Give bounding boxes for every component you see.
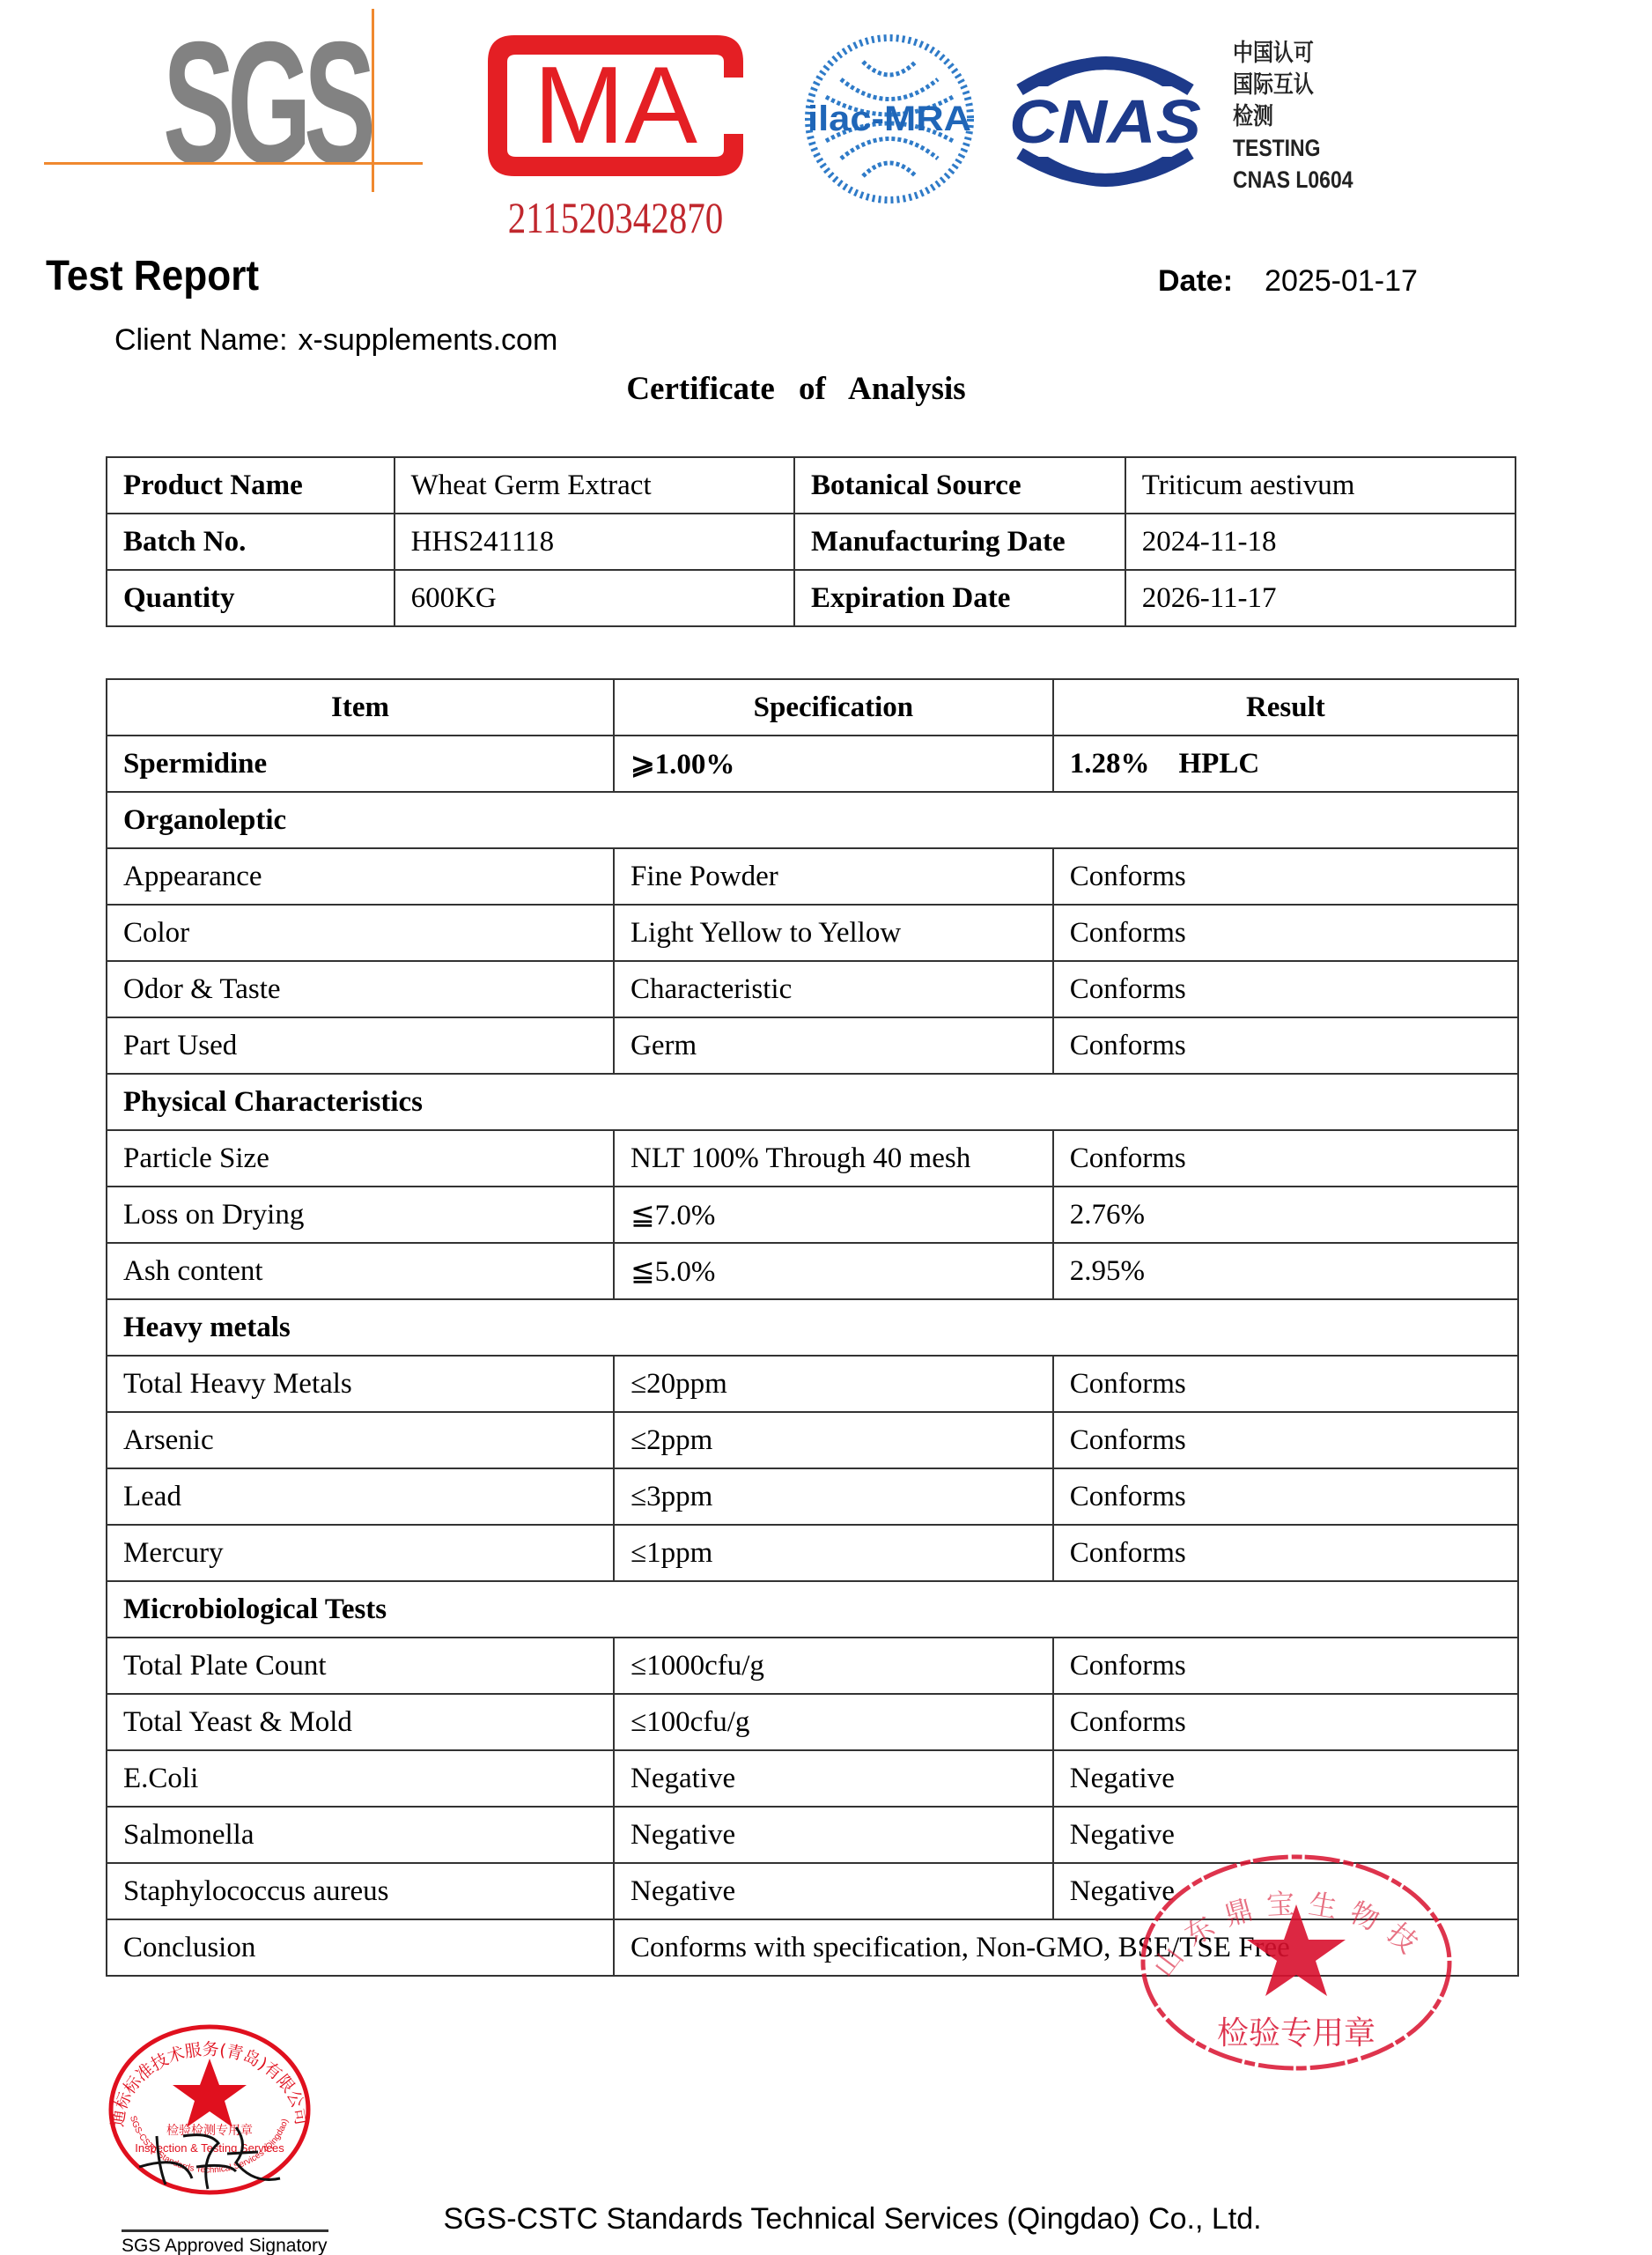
- test-item: Arsenic: [107, 1412, 614, 1468]
- test-item: Odor & Taste: [107, 961, 614, 1017]
- table-row: Total Plate Count≤1000cfu/gConforms: [107, 1638, 1518, 1694]
- table-row: Odor & TasteCharacteristicConforms: [107, 961, 1518, 1017]
- cnas-line: 检测: [1233, 100, 1353, 132]
- info-value: Wheat Germ Extract: [395, 457, 794, 514]
- section-label: Physical Characteristics: [107, 1074, 1518, 1130]
- svg-text:通标标准技术服务(青岛)有限公司: 通标标准技术服务(青岛)有限公司: [108, 2040, 312, 2128]
- test-specification: ≤1ppm: [614, 1525, 1053, 1581]
- cnas-line: 国际互认: [1233, 69, 1353, 100]
- test-specification: Negative: [614, 1750, 1053, 1807]
- info-value: 2024-11-18: [1125, 514, 1516, 570]
- report-date: Date:2025-01-17: [1158, 264, 1418, 299]
- cnas-accreditation-text: 中国认可 国际互认 检测 TESTING CNAS L0604: [1233, 37, 1375, 196]
- product-info-table: Product NameWheat Germ ExtractBotanical …: [106, 456, 1516, 627]
- section-header-row: Microbiological Tests: [107, 1581, 1518, 1638]
- test-result: 2.76%: [1053, 1187, 1518, 1243]
- test-item: Lead: [107, 1468, 614, 1525]
- cnas-logo: CNAS: [1004, 44, 1206, 198]
- svg-text:SGS-CSTC Standards Technical S: SGS-CSTC Standards Technical Services (Q…: [104, 2022, 291, 2175]
- test-item: E.Coli: [107, 1750, 614, 1807]
- sgs-logo: SGS: [44, 9, 423, 194]
- results-table: Item Specification Result Spermidine⩾1.0…: [106, 678, 1519, 1977]
- info-label: Batch No.: [107, 514, 395, 570]
- ilac-mra-logo: ilac-MRA: [801, 31, 977, 207]
- svg-text:MA: MA: [534, 45, 697, 166]
- table-row: Arsenic≤2ppmConforms: [107, 1412, 1518, 1468]
- test-result: Conforms: [1053, 1017, 1518, 1074]
- test-item: Total Plate Count: [107, 1638, 614, 1694]
- test-result: Conforms: [1053, 961, 1518, 1017]
- conclusion-value: Conforms with specification, Non-GMO, BS…: [614, 1919, 1518, 1976]
- product-info-row: Quantity600KGExpiration Date2026-11-17: [107, 570, 1516, 626]
- test-result: Conforms: [1053, 1468, 1518, 1525]
- info-value: Triticum aestivum: [1125, 457, 1516, 514]
- test-item: Ash content: [107, 1243, 614, 1299]
- section-header-row: Heavy metals: [107, 1299, 1518, 1356]
- test-specification: ≤2ppm: [614, 1412, 1053, 1468]
- product-info-row: Batch No.HHS241118Manufacturing Date2024…: [107, 514, 1516, 570]
- test-item: Appearance: [107, 848, 614, 905]
- table-row: Particle SizeNLT 100% Through 40 meshCon…: [107, 1130, 1518, 1187]
- test-result: Conforms: [1053, 1412, 1518, 1468]
- document-title: Certificate of Analysis: [0, 370, 1592, 408]
- table-row: Total Yeast & Mold≤100cfu/gConforms: [107, 1694, 1518, 1750]
- cnas-line: CNAS L0604: [1233, 164, 1353, 196]
- test-result: 1.28% HPLC: [1053, 736, 1518, 792]
- test-result: Conforms: [1053, 905, 1518, 961]
- test-result: Conforms: [1053, 1130, 1518, 1187]
- test-result: Conforms: [1053, 848, 1518, 905]
- sgs-company-seal-stamp: 通标标准技术服务(青岛)有限公司 SGS-CSTC Standards Tech…: [104, 2022, 315, 2198]
- test-specification: Negative: [614, 1863, 1053, 1919]
- info-value: HHS241118: [395, 514, 794, 570]
- client-name: Client Name:x-supplements.com: [114, 323, 557, 358]
- test-specification: ≦5.0%: [614, 1243, 1053, 1299]
- test-item: Spermidine: [107, 736, 614, 792]
- test-item: Color: [107, 905, 614, 961]
- test-result: Conforms: [1053, 1694, 1518, 1750]
- info-value: 2026-11-17: [1125, 570, 1516, 626]
- test-result: Negative: [1053, 1807, 1518, 1863]
- test-item: Part Used: [107, 1017, 614, 1074]
- column-header-item: Item: [107, 679, 614, 736]
- column-header-specification: Specification: [614, 679, 1053, 736]
- test-specification: ≤1000cfu/g: [614, 1638, 1053, 1694]
- test-specification: NLT 100% Through 40 mesh: [614, 1130, 1053, 1187]
- table-row: Spermidine⩾1.00%1.28% HPLC: [107, 736, 1518, 792]
- test-result: Conforms: [1053, 1638, 1518, 1694]
- test-specification: ≤20ppm: [614, 1356, 1053, 1412]
- svg-text:ilac-MRA: ilac-MRA: [808, 100, 971, 138]
- test-item: Total Yeast & Mold: [107, 1694, 614, 1750]
- footer-company-name: SGS-CSTC Standards Technical Services (Q…: [0, 2202, 1652, 2237]
- conclusion-row: ConclusionConforms with specification, N…: [107, 1919, 1518, 1976]
- cma-logo: MA 211520342870: [479, 19, 752, 222]
- cnas-icon: CNAS: [1004, 44, 1206, 198]
- test-item: Salmonella: [107, 1807, 614, 1863]
- cnas-line: 中国认可: [1233, 37, 1353, 69]
- table-row: Lead≤3ppmConforms: [107, 1468, 1518, 1525]
- table-row: Mercury≤1ppmConforms: [107, 1525, 1518, 1581]
- conclusion-label: Conclusion: [107, 1919, 614, 1976]
- info-label: Expiration Date: [794, 570, 1125, 626]
- info-label: Manufacturing Date: [794, 514, 1125, 570]
- info-label: Botanical Source: [794, 457, 1125, 514]
- info-label: Quantity: [107, 570, 395, 626]
- info-value: 600KG: [395, 570, 794, 626]
- svg-text:Inspection & Testing Services: Inspection & Testing Services: [135, 2141, 284, 2155]
- test-specification: ⩾1.00%: [614, 736, 1053, 792]
- svg-text:检验检测专用章: 检验检测专用章: [166, 2123, 253, 2138]
- test-specification: Germ: [614, 1017, 1053, 1074]
- svg-text:CNAS: CNAS: [1009, 87, 1201, 156]
- section-header-row: Physical Characteristics: [107, 1074, 1518, 1130]
- report-title: Test Report: [46, 252, 259, 300]
- cma-number: 211520342870: [504, 196, 727, 240]
- table-row: Total Heavy Metals≤20ppmConforms: [107, 1356, 1518, 1412]
- test-result: Negative: [1053, 1750, 1518, 1807]
- test-item: Particle Size: [107, 1130, 614, 1187]
- test-result: Conforms: [1053, 1356, 1518, 1412]
- test-item: Loss on Drying: [107, 1187, 614, 1243]
- section-label: Organoleptic: [107, 792, 1518, 848]
- cma-mark-icon: MA: [479, 19, 752, 191]
- test-specification: Characteristic: [614, 961, 1053, 1017]
- test-specification: Negative: [614, 1807, 1053, 1863]
- column-header-result: Result: [1053, 679, 1518, 736]
- section-label: Microbiological Tests: [107, 1581, 1518, 1638]
- sgs-seal-icon: 通标标准技术服务(青岛)有限公司 SGS-CSTC Standards Tech…: [104, 2022, 315, 2198]
- table-row: ColorLight Yellow to YellowConforms: [107, 905, 1518, 961]
- test-item: Staphylococcus aureus: [107, 1863, 614, 1919]
- svg-text:检验专用章: 检验专用章: [1217, 2015, 1375, 2052]
- table-row: E.ColiNegativeNegative: [107, 1750, 1518, 1807]
- test-result: Conforms: [1053, 1525, 1518, 1581]
- sgs-logo-vertical-line: [372, 9, 374, 192]
- test-specification: Light Yellow to Yellow: [614, 905, 1053, 961]
- product-info-row: Product NameWheat Germ ExtractBotanical …: [107, 457, 1516, 514]
- client-value: x-supplements.com: [299, 323, 558, 357]
- client-label: Client Name:: [114, 323, 288, 357]
- table-row: Ash content≦5.0%2.95%: [107, 1243, 1518, 1299]
- test-specification: ≦7.0%: [614, 1187, 1053, 1243]
- table-row: Part UsedGermConforms: [107, 1017, 1518, 1074]
- date-label: Date:: [1158, 264, 1233, 298]
- date-value: 2025-01-17: [1265, 264, 1418, 298]
- table-row: Staphylococcus aureusNegativeNegative: [107, 1863, 1518, 1919]
- test-specification: ≤100cfu/g: [614, 1694, 1053, 1750]
- ilac-mra-icon: ilac-MRA: [801, 31, 977, 207]
- test-specification: Fine Powder: [614, 848, 1053, 905]
- approved-signatory-label: SGS Approved Signatory: [122, 2236, 327, 2255]
- table-row: Loss on Drying≦7.0%2.76%: [107, 1187, 1518, 1243]
- cnas-line: TESTING: [1233, 132, 1353, 164]
- test-specification: ≤3ppm: [614, 1468, 1053, 1525]
- table-row: AppearanceFine PowderConforms: [107, 848, 1518, 905]
- section-header-row: Organoleptic: [107, 792, 1518, 848]
- test-item: Total Heavy Metals: [107, 1356, 614, 1412]
- section-label: Heavy metals: [107, 1299, 1518, 1356]
- test-result: 2.95%: [1053, 1243, 1518, 1299]
- results-header-row: Item Specification Result: [107, 679, 1518, 736]
- table-row: SalmonellaNegativeNegative: [107, 1807, 1518, 1863]
- info-label: Product Name: [107, 457, 395, 514]
- test-item: Mercury: [107, 1525, 614, 1581]
- test-result: Negative: [1053, 1863, 1518, 1919]
- sgs-logo-horizontal-line: [44, 162, 423, 165]
